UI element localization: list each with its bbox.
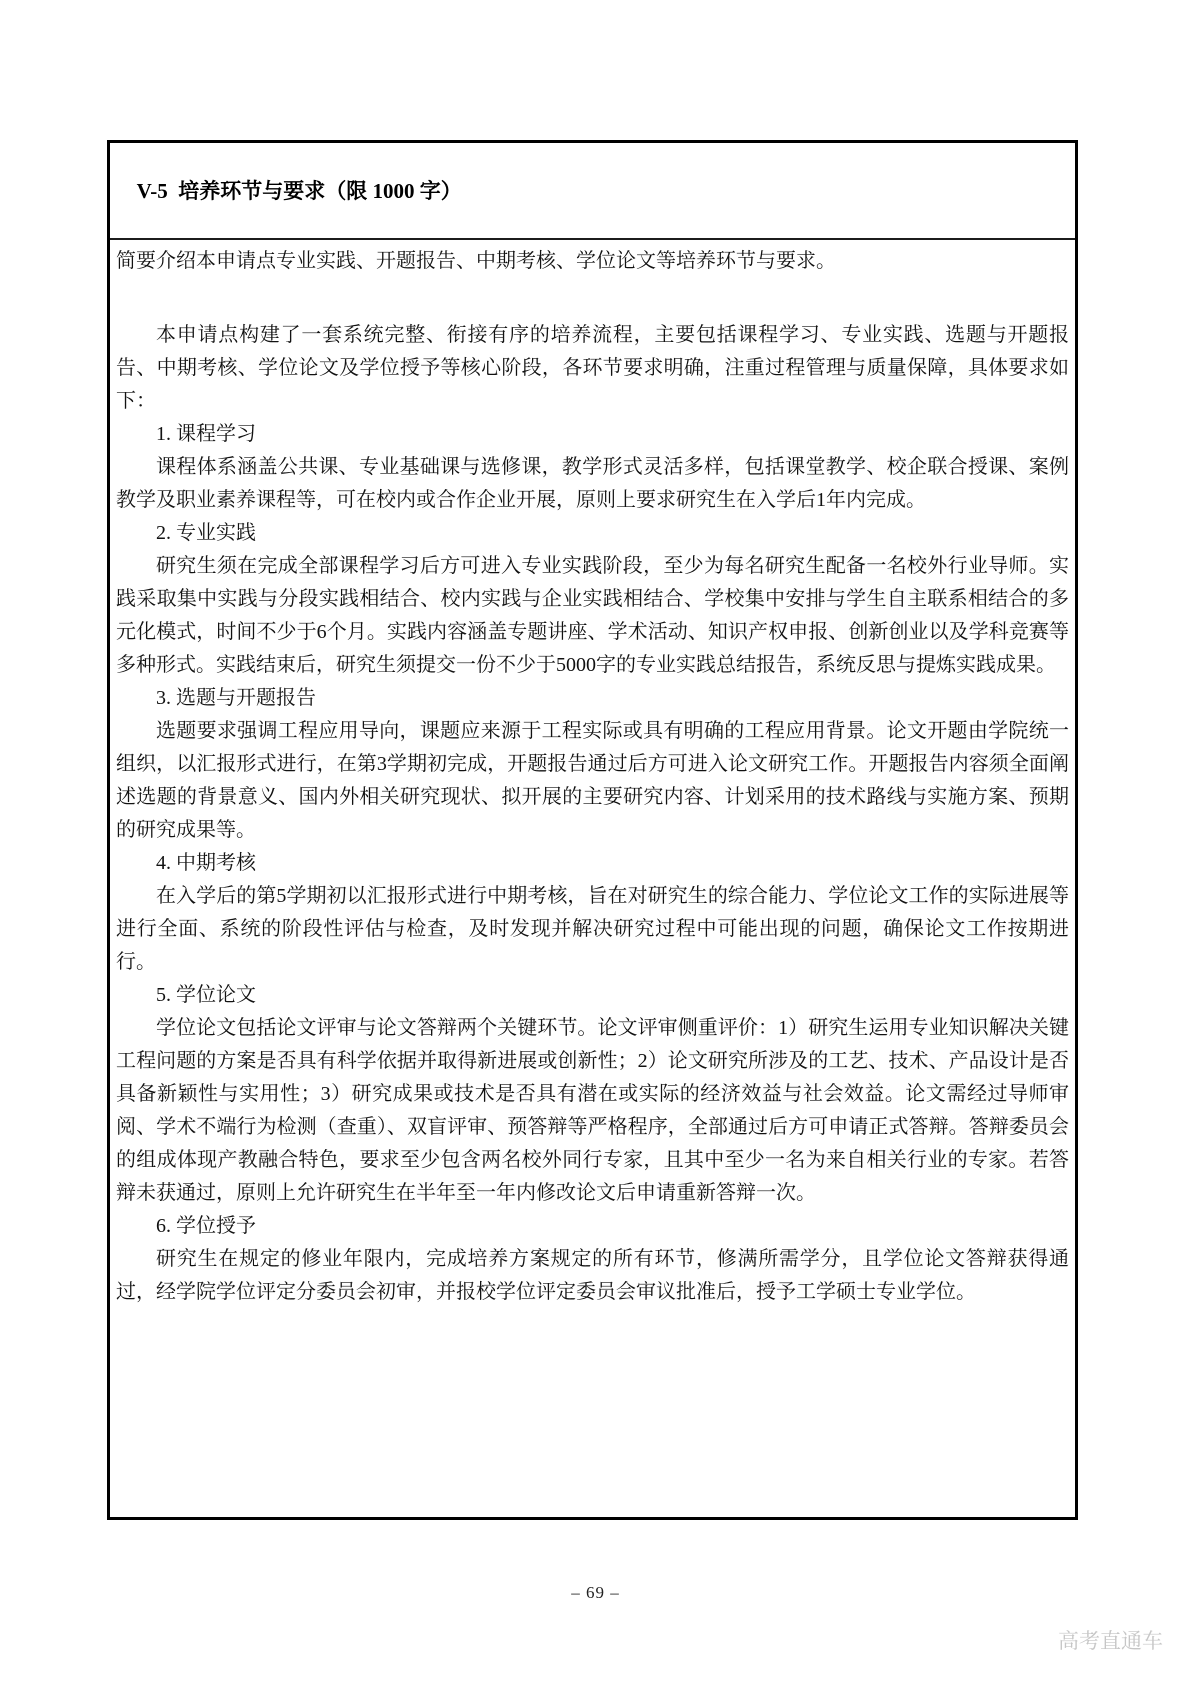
subsection-heading-1: 1. 课程学习 — [116, 418, 1069, 451]
subsection-heading-5: 5. 学位论文 — [116, 979, 1069, 1012]
subsection-body-5: 学位论文包括论文评审与论文答辩两个关键环节。论文评审侧重评价：1）研究生运用专业… — [116, 1012, 1069, 1210]
watermark: 高考直通车 — [1058, 1625, 1163, 1655]
page: { "document": { "section_title": "V-5 培养… — [0, 0, 1191, 1684]
section-title: V-5 培养环节与要求（限 1000 字） — [137, 179, 462, 203]
subsection-heading-3: 3. 选题与开题报告 — [116, 682, 1069, 715]
subsection-heading-4: 4. 中期考核 — [116, 847, 1069, 880]
subsection-body-6: 研究生在规定的修业年限内，完成培养方案规定的所有环节，修满所需学分，且学位论文答… — [116, 1243, 1069, 1309]
subsection-body-1: 课程体系涵盖公共课、专业基础课与选修课，教学形式灵活多样，包括课堂教学、校企联合… — [116, 451, 1069, 517]
form-section-v5: V-5 培养环节与要求（限 1000 字） 简要介绍本申请点专业实践、开题报告、… — [107, 140, 1078, 1520]
page-number: – 69 – — [0, 1583, 1191, 1603]
section-content: 简要介绍本申请点专业实践、开题报告、中期考核、学位论文等培养环节与要求。 本申请… — [110, 240, 1075, 1309]
section-header: V-5 培养环节与要求（限 1000 字） — [110, 143, 1075, 240]
overview-paragraph: 本申请点构建了一套系统完整、衔接有序的培养流程，主要包括课程学习、专业实践、选题… — [116, 319, 1069, 418]
section-instruction: 简要介绍本申请点专业实践、开题报告、中期考核、学位论文等培养环节与要求。 — [116, 245, 1069, 278]
subsection-heading-6: 6. 学位授予 — [116, 1210, 1069, 1243]
subsection-body-4: 在入学后的第5学期初以汇报形式进行中期考核，旨在对研究生的综合能力、学位论文工作… — [116, 880, 1069, 979]
subsection-body-3: 选题要求强调工程应用导向，课题应来源于工程实际或具有明确的工程应用背景。论文开题… — [116, 715, 1069, 847]
subsection-heading-2: 2. 专业实践 — [116, 517, 1069, 550]
subsection-body-2: 研究生须在完成全部课程学习后方可进入专业实践阶段，至少为每名研究生配备一名校外行… — [116, 550, 1069, 682]
